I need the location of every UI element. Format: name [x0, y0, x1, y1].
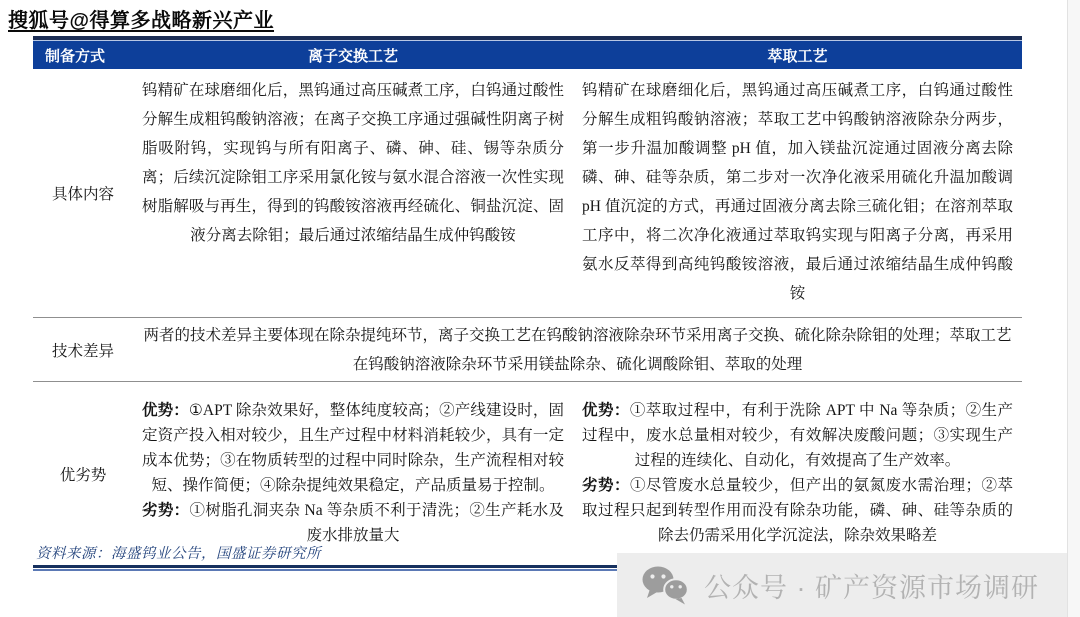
row-label-pros-cons: 优劣势: [33, 463, 133, 485]
page-edge-strip: [1067, 0, 1080, 617]
ion-advantages: 优势：①APT 除杂效果好，整体纯度较高；②产线建设时，固定资产投入相对较少，且…: [142, 398, 564, 498]
details-extraction-cell: 钨精矿在球磨细化后，黑钨通过高压碱煮工序，白钨通过酸性分解生成粗钨酸钠溶液；萃取…: [573, 69, 1022, 317]
tech-difference-cell: 两者的技术差异主要体现在除杂提纯环节，离子交换工艺在钨酸钠溶液除杂环节采用离子交…: [133, 321, 1022, 379]
source-citation: 资料来源：海盛钨业公告，国盛证券研究所: [36, 542, 321, 563]
details-ion-exchange-cell: 钨精矿在球磨细化后，黑钨通过高压碱煮工序，白钨通过酸性分解生成粗钨酸钠溶液；在离…: [133, 69, 573, 317]
ion-advantages-label: 优势：: [142, 402, 189, 419]
table-row-pros-cons: 优劣势 优势：①APT 除杂效果好，整体纯度较高；②产线建设时，固定资产投入相对…: [33, 381, 1022, 565]
table-header-row: 制备方式 离子交换工艺 萃取工艺: [33, 41, 1022, 69]
header-col-extraction: 萃取工艺: [573, 45, 1022, 66]
table-row-details: 具体内容 钨精矿在球磨细化后，黑钨通过高压碱煮工序，白钨通过酸性分解生成粗钨酸钠…: [33, 69, 1022, 317]
header-col-ion-exchange: 离子交换工艺: [133, 45, 573, 66]
pros-cons-ion-exchange-cell: 优势：①APT 除杂效果好，整体纯度较高；②产线建设时，固定资产投入相对较少，且…: [133, 382, 573, 565]
ext-disadvantages: 劣势：①尽管废水总量较少，但产出的氨氮废水需治理；②萃取过程只起到转型作用而没有…: [582, 473, 1013, 548]
ion-disadvantages-label: 劣势：: [142, 502, 190, 519]
ext-advantages-label: 优势：: [582, 402, 630, 419]
sohu-watermark: 搜狐号@得算多战略新兴产业: [8, 4, 274, 33]
ext-disadvantages-label: 劣势：: [582, 477, 630, 494]
comparison-table: 制备方式 离子交换工艺 萃取工艺 具体内容 钨精矿在球磨细化后，黑钨通过高压碱煮…: [33, 36, 1022, 571]
row-label-details: 具体内容: [33, 182, 133, 204]
table-row-tech-difference: 技术差异 两者的技术差异主要体现在除杂提纯环节，离子交换工艺在钨酸钠溶液除杂环节…: [33, 317, 1022, 381]
header-col-method: 制备方式: [33, 45, 133, 66]
ion-disadvantages: 劣势：①树脂孔洞夹杂 Na 等杂质不利于清洗；②生产耗水及废水排放量大: [142, 498, 564, 548]
row-label-tech-difference: 技术差异: [33, 339, 133, 361]
wechat-account-banner: 公众号 · 矿产资源市场调研: [617, 553, 1080, 617]
ext-advantages-text: ①萃取过程中，有利于洗除 APT 中 Na 等杂质；②生产过程中，废水总量相对较…: [582, 402, 1013, 469]
ext-disadvantages-text: ①尽管废水总量较少，但产出的氨氮废水需治理；②萃取过程只起到转型作用而没有除杂功…: [582, 477, 1013, 544]
ion-advantages-text: ①APT 除杂效果好，整体纯度较高；②产线建设时，固定资产投入相对较少，且生产过…: [142, 402, 564, 494]
wechat-icon: [641, 565, 689, 605]
ext-advantages: 优势：①萃取过程中，有利于洗除 APT 中 Na 等杂质；②生产过程中，废水总量…: [582, 398, 1013, 473]
pros-cons-extraction-cell: 优势：①萃取过程中，有利于洗除 APT 中 Na 等杂质；②生产过程中，废水总量…: [573, 382, 1022, 565]
page: 搜狐号@得算多战略新兴产业 制备方式 离子交换工艺 萃取工艺 具体内容 钨精矿在…: [0, 0, 1080, 617]
ion-disadvantages-text: ①树脂孔洞夹杂 Na 等杂质不利于清洗；②生产耗水及废水排放量大: [190, 502, 564, 544]
banner-account-text: 公众号 · 矿产资源市场调研: [704, 566, 1039, 605]
